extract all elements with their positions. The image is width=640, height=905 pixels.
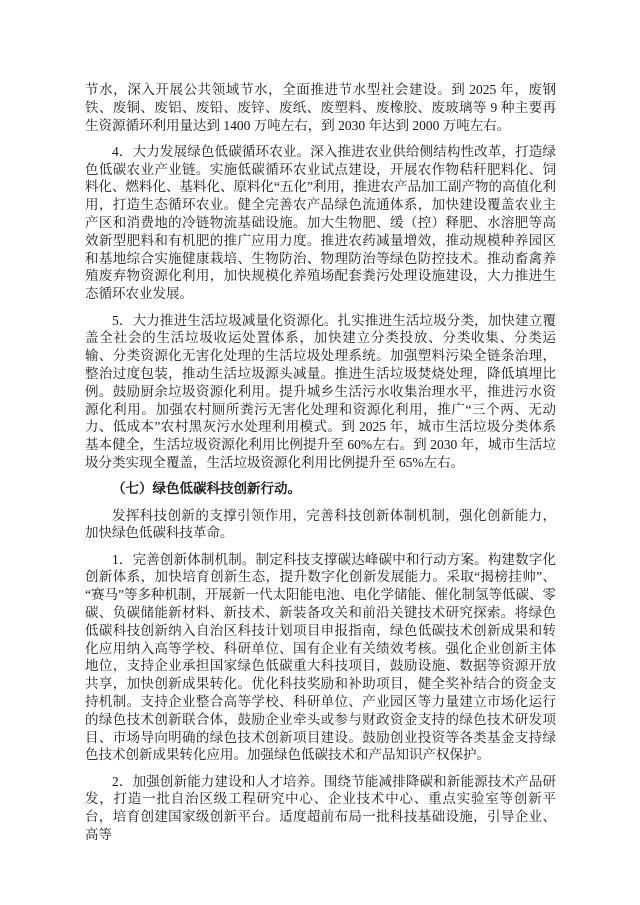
heading-section-7-green-tech-innovation: （七）绿色低碳科技创新行动。 bbox=[85, 480, 556, 498]
paragraph-4-green-agriculture: 4．大力发展绿色低碳循环农业。深入推进农业供给侧结构性改革，打造绿色低碳农业产业… bbox=[85, 143, 556, 303]
document-page: 节水，深入开展公共领域节水，全面推进节水型社会建设。到 2025 年，废钢铁、废… bbox=[0, 0, 640, 905]
paragraph-2-innovation-capacity: 2．加强创新能力建设和人才培养。围绕节能减排降碳和新能源技术产品研发，打造一批自… bbox=[85, 773, 556, 844]
paragraph-recycling-targets: 节水，深入开展公共领域节水，全面推进节水型社会建设。到 2025 年，废钢铁、废… bbox=[85, 81, 556, 134]
paragraph-5-waste-reduction: 5．大力推进生活垃圾减量化资源化。扎实推进生活垃圾分类，加快建立覆盖全社会的生活… bbox=[85, 312, 556, 472]
paragraph-1-innovation-system: 1．完善创新体制机制。制定科技支撑碳达峰碳中和行动方案。构建数字化创新体系，加快… bbox=[85, 551, 556, 765]
paragraph-section-7-intro: 发挥科技创新的支撑引领作用，完善科技创新体制机制，强化创新能力，加快绿色低碳科技… bbox=[85, 507, 556, 543]
